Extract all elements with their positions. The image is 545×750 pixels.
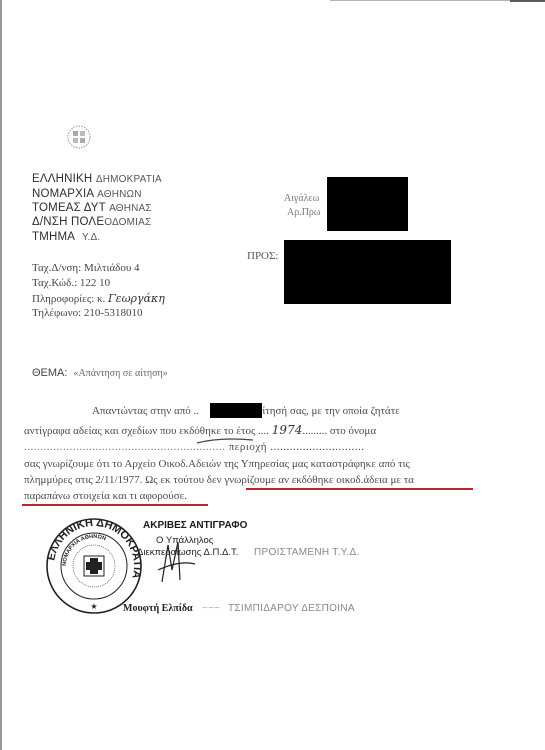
- body-line-5: πλημμύρες στις 2/11/1977. Ως εκ τούτου δ…: [24, 474, 414, 486]
- postal-code-line: Ταχ.Κώδ.: 122 10: [32, 277, 110, 289]
- header-line: ΤΟΜΕΑΣ ΔΥΤ ΑΘΗΝΑΣ: [32, 202, 152, 214]
- subject-line: ΘΕΜΑ:«Απάντηση σε αίτηση»: [32, 367, 168, 379]
- coat-of-arms-icon: [66, 124, 92, 150]
- head-name: ΤΣΙΜΠΙΔΑΡΟΥ ΔΕΣΠΟΙΝΑ: [228, 603, 355, 614]
- signer-name: Μουφτή Ελπίδα: [123, 603, 193, 614]
- underlined-statement: δεν γνωρίζουμε αν εκδόθηκε οικοδ.άδεια μ…: [207, 474, 414, 486]
- red-underline: [22, 504, 208, 506]
- protocol-place-label: Αιγάλεω: [284, 193, 319, 204]
- red-underline: [246, 488, 473, 490]
- protocol-number-label: Αρ.Πρω: [287, 207, 321, 218]
- redaction-date: [210, 403, 262, 418]
- svg-text:★: ★: [90, 602, 97, 611]
- head-title: ΠΡΟΙΣΤΑΜΕΝΗ Τ.Υ.Δ.: [254, 547, 360, 558]
- info-line: Πληροφορίες: κ. Γεωργάκη: [32, 292, 165, 305]
- header-line: ΤΜΗΜΑ Υ.Δ.: [32, 231, 100, 243]
- recipient-label: ΠΡΟΣ:: [247, 250, 278, 262]
- page-edge: [0, 0, 2, 750]
- header-line: ΝΟΜΑΡΧΙΑ ΑΘΗΝΩΝ: [32, 188, 142, 200]
- certified-copy-label: ΑΚΡΙΒΕΣ ΑΝΤΙΓΡΑΦΟ: [143, 520, 247, 531]
- header-line: ΕΛΛΗΝΙΚΗ ΔΗΜΟΚΡΑΤΙΑ: [32, 173, 162, 185]
- address-line: Ταχ.Δ/νση: Μιλτιάδου 4: [32, 262, 140, 274]
- handwritten-stroke: [195, 437, 255, 445]
- redaction-recipient: [284, 240, 451, 304]
- redaction-protocol: [327, 177, 408, 231]
- body-line-4: σας γνωρίζουμε ότι το Αρχείο Οικοδ.Αδειώ…: [24, 458, 410, 470]
- header-line: Δ/ΝΣΗ ΠΟΛΕΟΔΟΜΙΑΣ: [32, 216, 151, 228]
- official-seal: ΕΛΛΗΝΙΚΗ ΔΗΜΟΚΡΑΤΙΑ ΝΟΜΑΡΧΙΑ ΑΘΗΝΩΝ ★: [44, 516, 144, 616]
- body-line-2: αντίγραφα αδείας και σχεδίων που εκδόθηκ…: [24, 423, 376, 437]
- signature-dash: ~~~: [202, 603, 220, 614]
- signature: [150, 540, 200, 590]
- phone-line: Τηλέφωνο: 210-5318010: [32, 307, 143, 319]
- body-line-6: παραπάνω στοιχεία και τι αφορούσε.: [24, 490, 187, 502]
- page-edge: [510, 0, 545, 2]
